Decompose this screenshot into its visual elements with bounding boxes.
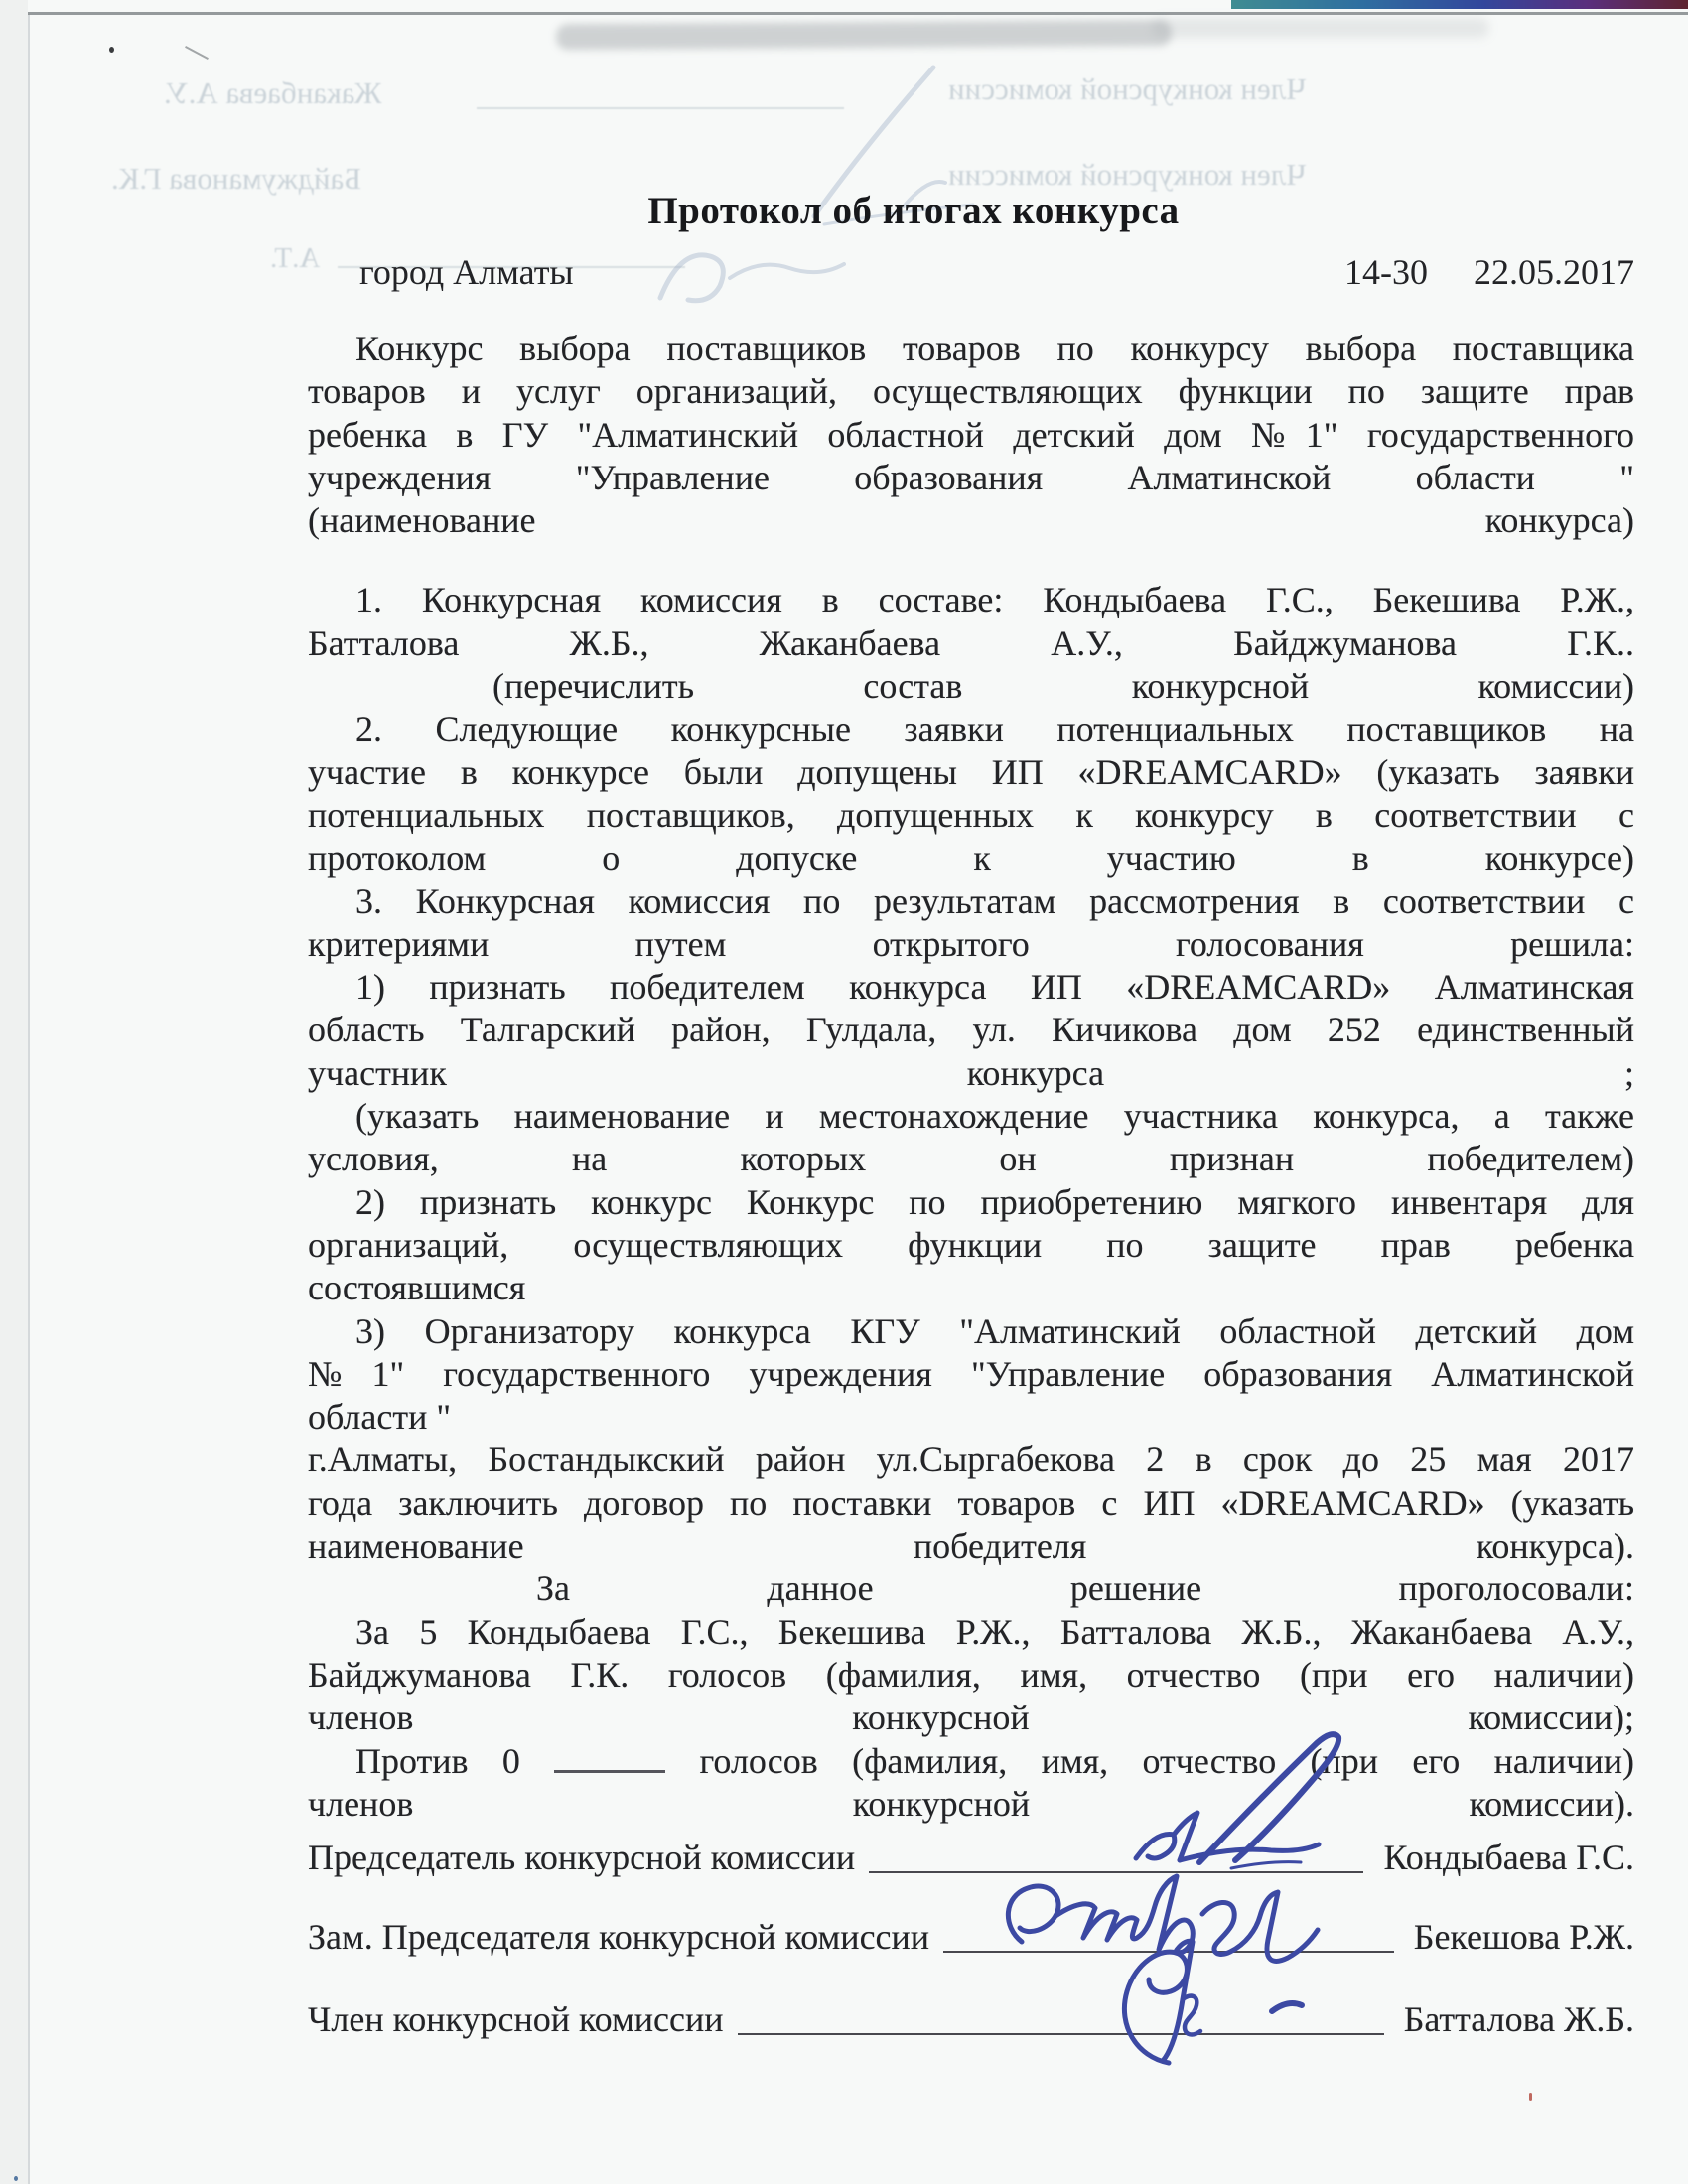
paragraph-address: г.Алматы, Бостандыкский район ул.Сыргабе… bbox=[308, 1438, 1634, 1568]
doc-line: (наименование конкурса) bbox=[308, 499, 1634, 542]
signature-name: Бекешова Р.Ж. bbox=[1414, 1914, 1634, 1960]
paragraph-vote-against: Против 0 голосов (фамилия, имя, отчество… bbox=[308, 1740, 1634, 1827]
doc-line: 2. Следующие конкурсные заявки потенциал… bbox=[308, 708, 1634, 751]
vote-against-pre: Против 0 bbox=[355, 1741, 520, 1781]
blank-underline bbox=[554, 1764, 665, 1773]
doc-line: учреждения "Управление образования Алмат… bbox=[308, 457, 1634, 499]
doc-line: 2) признать конкурс Конкурс по приобрете… bbox=[308, 1181, 1634, 1224]
signature-label: Член конкурсной комиссии bbox=[308, 1996, 724, 2042]
doc-line: товаров и услуг организаций, осуществляю… bbox=[308, 370, 1634, 413]
doc-line: Против 0 голосов (фамилия, имя, отчество… bbox=[308, 1740, 1634, 1783]
doc-line: потенциальных поставщиков, допущенных к … bbox=[308, 794, 1634, 837]
paragraph-vote-for: За 5 Кондыбаева Г.С., Бекешива Р.Ж., Бат… bbox=[308, 1611, 1634, 1740]
doc-line: 3. Конкурсная комиссия по результатам ра… bbox=[308, 881, 1634, 923]
scan-scratch bbox=[185, 46, 209, 60]
doc-line: области " bbox=[308, 1396, 1634, 1438]
doc-line: №1" государственного учреждения "Управле… bbox=[308, 1353, 1634, 1396]
paragraph-commission: 1. Конкурсная комиссия в составе: Кондыб… bbox=[308, 579, 1634, 708]
signature-label: Зам. Председателя конкурсной комиссии bbox=[308, 1914, 929, 1960]
time-date: 14-3022.05.2017 bbox=[1344, 251, 1634, 294]
doc-line: область Талгарский район, Гулдала, ул. К… bbox=[308, 1009, 1634, 1051]
doc-line: (перечислить состав конкурсной комиссии) bbox=[492, 665, 1634, 708]
signature-row-member: Член конкурсной комиссии Батталова Ж.Б. bbox=[308, 1996, 1634, 2042]
paper-edge-left-line bbox=[28, 14, 30, 2184]
doc-line: года заключить договор по поставки товар… bbox=[308, 1482, 1634, 1525]
paragraph-contest-held: 2) признать конкурс Конкурс по приобрете… bbox=[308, 1181, 1634, 1310]
doc-line: 3) Организатору конкурса КГУ "Алматински… bbox=[308, 1310, 1634, 1353]
paragraph-organizer: 3) Организатору конкурса КГУ "Алматински… bbox=[308, 1310, 1634, 1439]
doc-line: состоявшимся bbox=[308, 1267, 1634, 1309]
doc-line: 1. Конкурсная комиссия в составе: Кондыб… bbox=[308, 579, 1634, 621]
paragraph-applications: 2. Следующие конкурсные заявки потенциал… bbox=[308, 708, 1634, 880]
doc-line: Батталова Ж.Б., Жаканбаева А.У., Байджум… bbox=[308, 622, 1634, 665]
doc-line: условия, на которых он признан победител… bbox=[308, 1138, 1634, 1180]
handwritten-signature-kondybaeva bbox=[1120, 1727, 1358, 1878]
city-label: город Алматы bbox=[359, 251, 574, 294]
doc-line: Байджуманова Г.К. голосов (фамилия, имя,… bbox=[308, 1654, 1634, 1697]
doc-line: Конкурс выбора поставщиков товаров по ко… bbox=[308, 328, 1634, 370]
vote-heading: За данное решение проголосовали: bbox=[536, 1568, 1634, 1610]
document-title: Протокол об итогах конкурса bbox=[250, 189, 1577, 234]
doc-line: членов конкурсной комиссии). bbox=[308, 1783, 1634, 1826]
paragraph-decision: 3. Конкурсная комиссия по результатам ра… bbox=[308, 881, 1634, 967]
paragraph-winner: 1) признать победителем конкурса ИП «DRE… bbox=[308, 966, 1634, 1095]
scan-speck bbox=[14, 2176, 18, 2181]
paragraph-intro: Конкурс выбора поставщиков товаров по ко… bbox=[308, 328, 1634, 542]
signature-name: Батталова Ж.Б. bbox=[1404, 1996, 1634, 2042]
signature-row-deputy: Зам. Председателя конкурсной комиссии Бе… bbox=[308, 1914, 1634, 1960]
scan-speck bbox=[109, 47, 114, 53]
handwritten-signature-battalova bbox=[1077, 1934, 1306, 2079]
doc-line: критериями путем открытого голосования р… bbox=[308, 923, 1634, 966]
signature-block: Председатель конкурсной комиссии Кондыба… bbox=[308, 1835, 1634, 2042]
doc-line: участие в конкурсе были допущены ИП «DRE… bbox=[308, 751, 1634, 794]
signature-name: Кондыбаева Г.С. bbox=[1383, 1835, 1634, 1880]
document-body: Протокол об итогах конкурса город Алматы… bbox=[308, 0, 1634, 2042]
scanned-protocol-page: Жаканбаева А.У. Член конкурсной комиссии… bbox=[0, 0, 1688, 2184]
doc-line: организаций, осуществляющих функции по з… bbox=[308, 1224, 1634, 1267]
doc-line: (указать наименование и местонахождение … bbox=[308, 1095, 1634, 1138]
doc-line: За 5 Кондыбаева Г.С., Бекешива Р.Ж., Бат… bbox=[308, 1611, 1634, 1654]
scan-speck bbox=[1529, 2093, 1532, 2101]
time-value: 14-30 bbox=[1344, 251, 1428, 294]
place-date-line: город Алматы 14-3022.05.2017 bbox=[308, 251, 1634, 294]
doc-line: наименование победителя конкурса). bbox=[308, 1525, 1634, 1568]
doc-line: протоколом о допуске к участию в конкурс… bbox=[308, 837, 1634, 880]
doc-line: участник конкурса ; bbox=[308, 1052, 1634, 1095]
doc-line: членов конкурсной комиссии); bbox=[308, 1697, 1634, 1739]
date-value: 22.05.2017 bbox=[1474, 251, 1634, 294]
scan-edge-left bbox=[0, 0, 28, 2184]
doc-line: 1) признать победителем конкурса ИП «DRE… bbox=[308, 966, 1634, 1009]
paragraph-winner-note: (указать наименование и местонахождение … bbox=[308, 1095, 1634, 1181]
doc-line: ребенка в ГУ "Алматинский областной детс… bbox=[308, 414, 1634, 457]
signature-label: Председатель конкурсной комиссии bbox=[308, 1835, 855, 1880]
signature-row-chairman: Председатель конкурсной комиссии Кондыба… bbox=[308, 1835, 1634, 1880]
doc-line: г.Алматы, Бостандыкский район ул.Сыргабе… bbox=[308, 1438, 1634, 1481]
